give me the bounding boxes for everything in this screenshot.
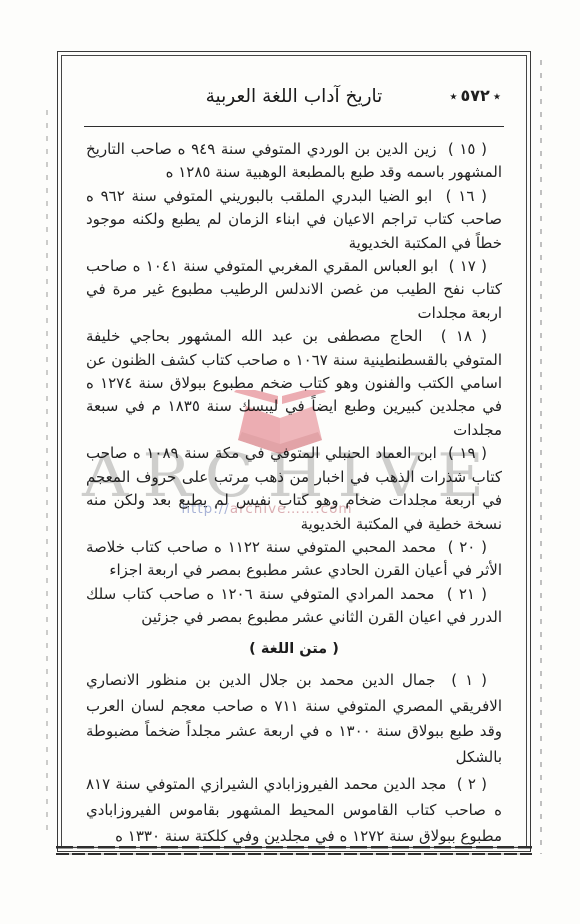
- section-heading: ( متن اللغة ): [86, 638, 502, 661]
- entries-section-lexicons: ( ١ ) جمال الدين محمد بن جلال الدين بن م…: [86, 668, 502, 850]
- bottom-frame-rule: [56, 846, 532, 855]
- entry-paragraph: ( ١٧ ) ابو العباس المقري المغربي المتوفي…: [86, 255, 502, 325]
- entry-paragraph: ( ٢١ ) محمد المرادي المتوفي سنة ١٢٠٦ ه ص…: [86, 583, 502, 630]
- page-border-frame: ٭٥٧٢٭ تاريخ آداب اللغة العربية ( ١٥ ) زي…: [57, 51, 531, 852]
- scan-artifact-left: [46, 110, 48, 834]
- ornament-star-icon: ٭: [446, 87, 460, 105]
- entries-section-historians: ( ١٥ ) زين الدين بن الوردي المتوفي سنة ٩…: [86, 138, 502, 630]
- page-body: ( ١٥ ) زين الدين بن الوردي المتوفي سنة ٩…: [86, 138, 502, 850]
- page-number-value: ٥٧٢: [461, 86, 490, 105]
- scan-artifact-right: [540, 60, 542, 854]
- entry-paragraph: ( ١٦ ) ابو الضيا البدري الملقب بالبوريني…: [86, 185, 502, 255]
- entry-paragraph: ( ١٩ ) ابن العماد الحنبلي المتوفي في مكة…: [86, 442, 502, 536]
- scanned-book-page: ٭٥٧٢٭ تاريخ آداب اللغة العربية ( ١٥ ) زي…: [0, 0, 580, 924]
- header-divider: [84, 126, 504, 127]
- entry-paragraph: ( ١٥ ) زين الدين بن الوردي المتوفي سنة ٩…: [86, 138, 502, 185]
- page-header: ٭٥٧٢٭ تاريخ آداب اللغة العربية: [58, 78, 530, 118]
- ornament-star-icon: ٭: [490, 87, 504, 105]
- entry-paragraph: ( ٢ ) مجد الدين محمد الفيروزابادي الشيرا…: [86, 772, 502, 849]
- entry-paragraph: ( ١ ) جمال الدين محمد بن جلال الدين بن م…: [86, 668, 502, 770]
- entry-paragraph: ( ٢٠ ) محمد المحبي المتوفي سنة ١١٢٢ ه صا…: [86, 536, 502, 583]
- entry-paragraph: ( ١٨ ) الحاج مصطفى بن عبد الله المشهور ب…: [86, 325, 502, 442]
- page-number: ٭٥٧٢٭: [446, 86, 504, 105]
